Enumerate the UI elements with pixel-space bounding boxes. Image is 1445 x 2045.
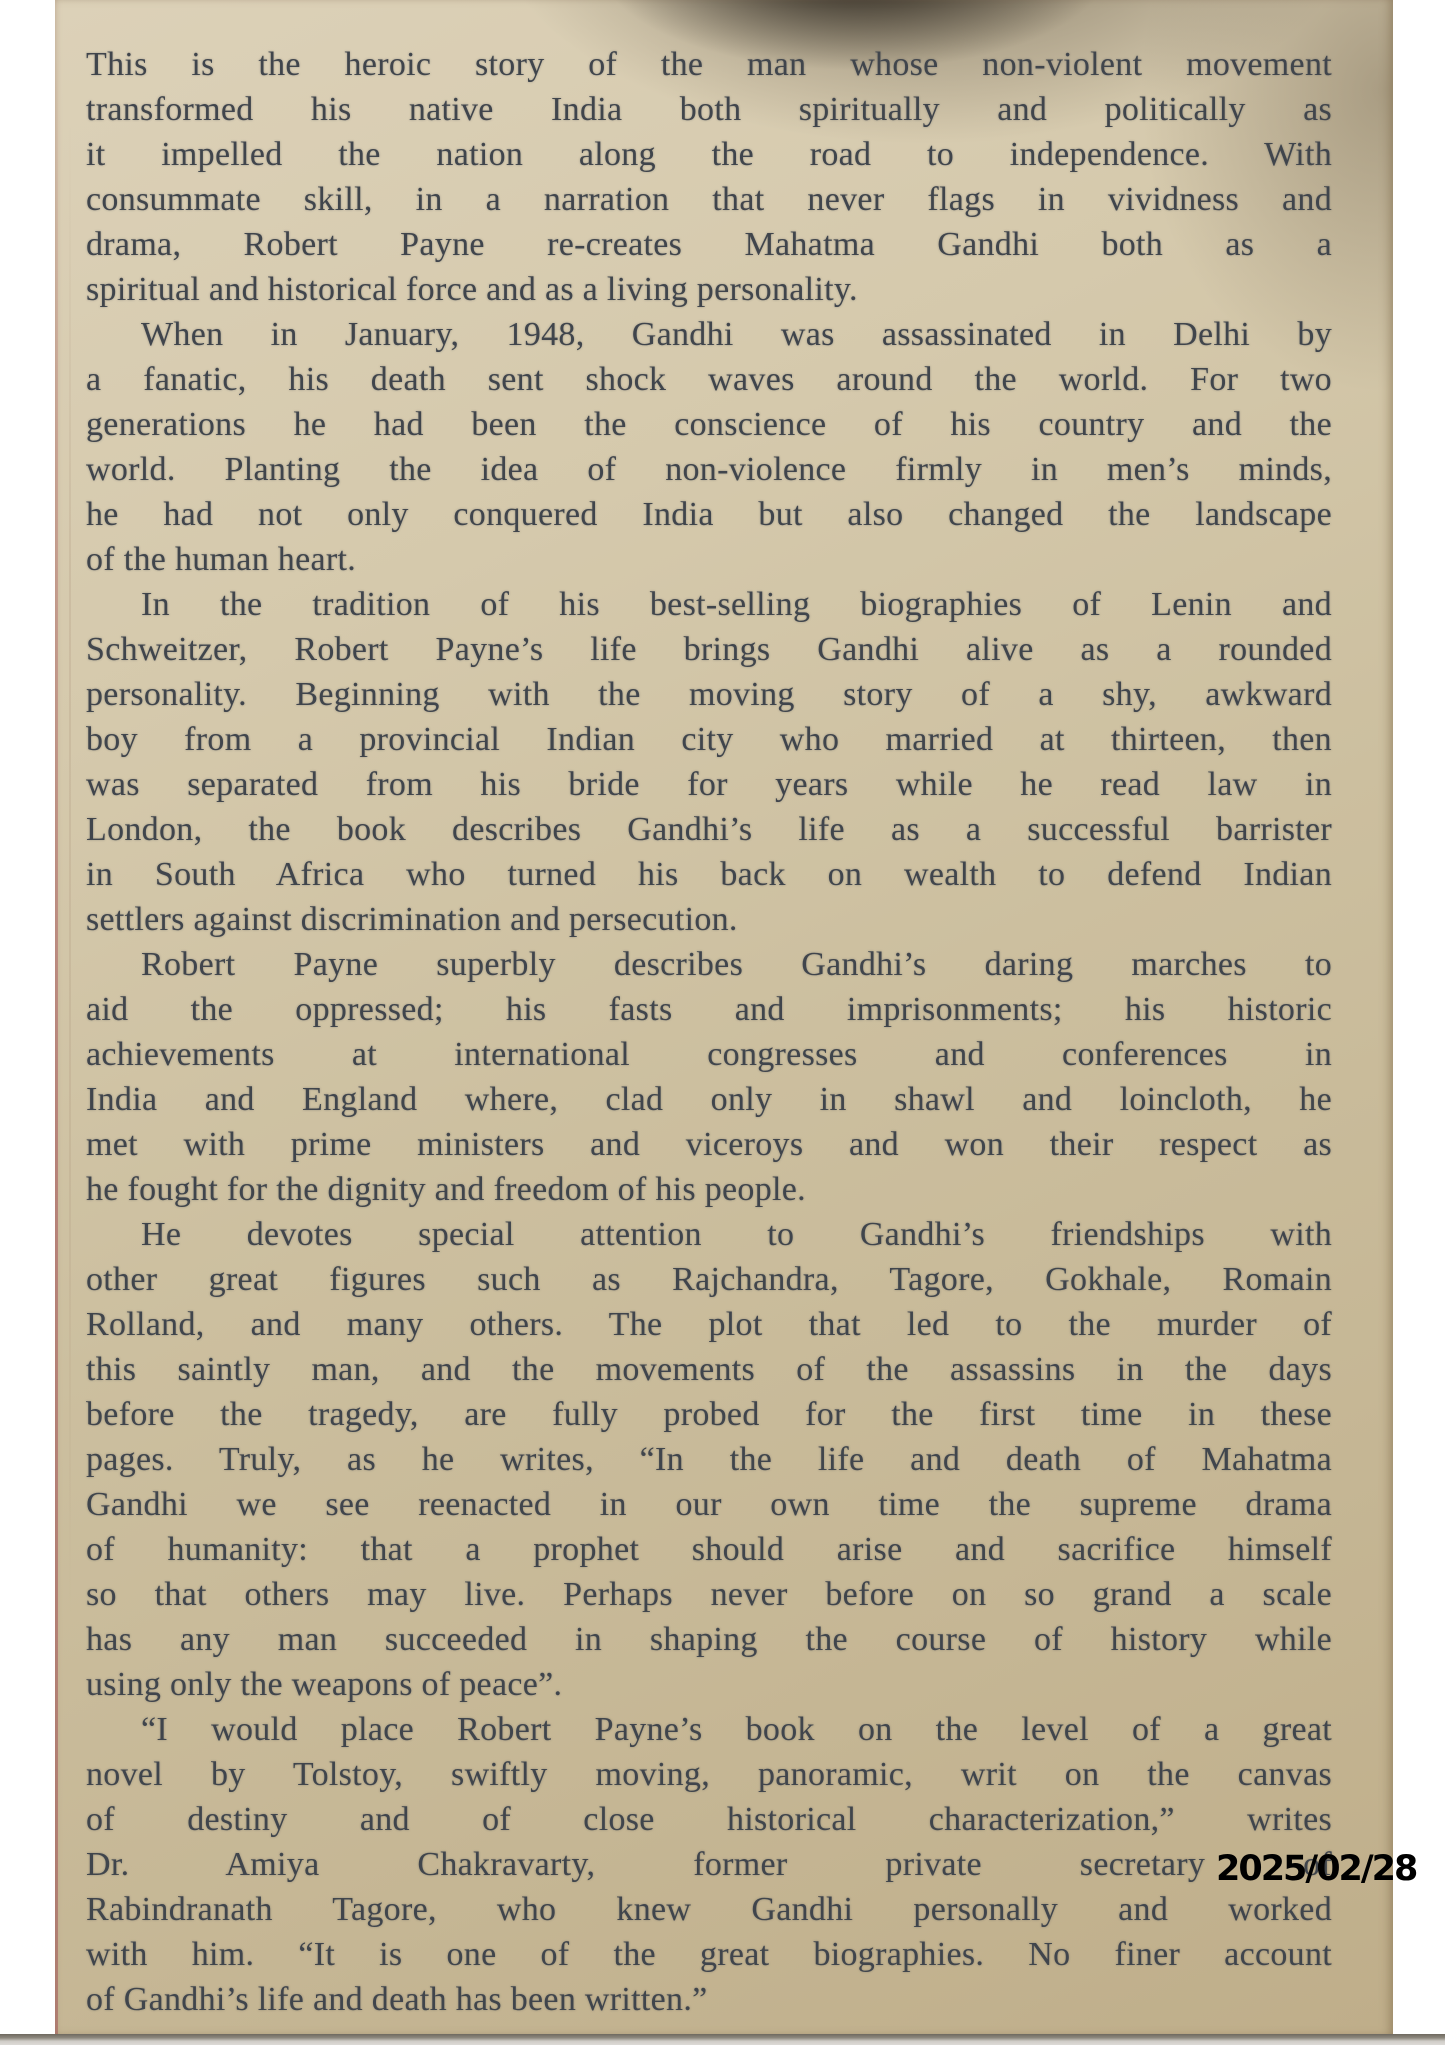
photo-white-margin-left (0, 0, 55, 2034)
paragraph: This is the heroic story of the man whos… (86, 42, 1332, 312)
text-line: a fanatic, his death sent shock waves ar… (86, 357, 1332, 402)
text-line: Robert Payne superbly describes Gandhi’s… (86, 942, 1332, 987)
text-line: London, the book describes Gandhi’s life… (86, 807, 1332, 852)
text-line: drama, Robert Payne re-creates Mahatma G… (86, 222, 1332, 267)
page-left-edge-line (55, 60, 58, 2034)
photo-bottom-strip (0, 2034, 1445, 2045)
text-line: generations he had been the conscience o… (86, 402, 1332, 447)
text-line: This is the heroic story of the man whos… (86, 42, 1332, 87)
book-flap-page-photo: This is the heroic story of the man whos… (55, 0, 1393, 2034)
text-line: this saintly man, and the movements of t… (86, 1347, 1332, 1392)
text-line: of destiny and of close historical chara… (86, 1797, 1332, 1842)
paragraph: Robert Payne superbly describes Gandhi’s… (86, 942, 1332, 1212)
text-line: in South Africa who turned his back on w… (86, 852, 1332, 897)
text-line: novel by Tolstoy, swiftly moving, panora… (86, 1752, 1332, 1797)
text-line: it impelled the nation along the road to… (86, 132, 1332, 177)
text-line: was separated from his bride for years w… (86, 762, 1332, 807)
text-line: Dr. Amiya Chakravarty, former private se… (86, 1842, 1332, 1887)
screenshot-root: { "photo": { "description_colors": { "pa… (0, 0, 1445, 2045)
text-line: of Gandhi’s life and death has been writ… (86, 1977, 1332, 2022)
text-line: Rabindranath Tagore, who knew Gandhi per… (86, 1887, 1332, 1932)
text-line: Rolland, and many others. The plot that … (86, 1302, 1332, 1347)
text-line: he had not only conquered India but also… (86, 492, 1332, 537)
text-line: of the human heart. (86, 537, 1332, 582)
paragraph: He devotes special attention to Gandhi’s… (86, 1212, 1332, 1707)
text-line: settlers against discrimination and pers… (86, 897, 1332, 942)
text-line: he fought for the dignity and freedom of… (86, 1167, 1332, 1212)
page-fore-edge-line (69, 120, 71, 1620)
text-line: of humanity: that a prophet should arise… (86, 1527, 1332, 1572)
text-line: achievements at international congresses… (86, 1032, 1332, 1077)
text-line: Gandhi we see reenacted in our own time … (86, 1482, 1332, 1527)
paragraph: When in January, 1948, Gandhi was assass… (86, 312, 1332, 582)
photo-white-margin-right (1393, 0, 1445, 2034)
paragraph: “I would place Robert Payne’s book on th… (86, 1707, 1332, 2022)
text-line: He devotes special attention to Gandhi’s… (86, 1212, 1332, 1257)
text-line: world. Planting the idea of non-violence… (86, 447, 1332, 492)
camera-date-stamp: 2025/02/28 (1216, 1849, 1416, 1889)
text-line: “I would place Robert Payne’s book on th… (86, 1707, 1332, 1752)
text-line: pages. Truly, as he writes, “In the life… (86, 1437, 1332, 1482)
text-line: spiritual and historical force and as a … (86, 267, 1332, 312)
text-line: aid the oppressed; his fasts and impriso… (86, 987, 1332, 1032)
text-line: before the tragedy, are fully probed for… (86, 1392, 1332, 1437)
text-line: so that others may live. Perhaps never b… (86, 1572, 1332, 1617)
text-line: using only the weapons of peace”. (86, 1662, 1332, 1707)
paragraph: In the tradition of his best-selling bio… (86, 582, 1332, 942)
text-line: other great figures such as Rajchandra, … (86, 1257, 1332, 1302)
flap-text: This is the heroic story of the man whos… (86, 42, 1332, 2022)
text-line: boy from a provincial Indian city who ma… (86, 717, 1332, 762)
text-line: met with prime ministers and viceroys an… (86, 1122, 1332, 1167)
text-line: personality. Beginning with the moving s… (86, 672, 1332, 717)
text-line: transformed his native India both spirit… (86, 87, 1332, 132)
text-line: consummate skill, in a narration that ne… (86, 177, 1332, 222)
text-line: When in January, 1948, Gandhi was assass… (86, 312, 1332, 357)
text-line: Schweitzer, Robert Payne’s life brings G… (86, 627, 1332, 672)
text-line: In the tradition of his best-selling bio… (86, 582, 1332, 627)
text-line: has any man succeeded in shaping the cou… (86, 1617, 1332, 1662)
text-line: India and England where, clad only in sh… (86, 1077, 1332, 1122)
text-line: with him. “It is one of the great biogra… (86, 1932, 1332, 1977)
